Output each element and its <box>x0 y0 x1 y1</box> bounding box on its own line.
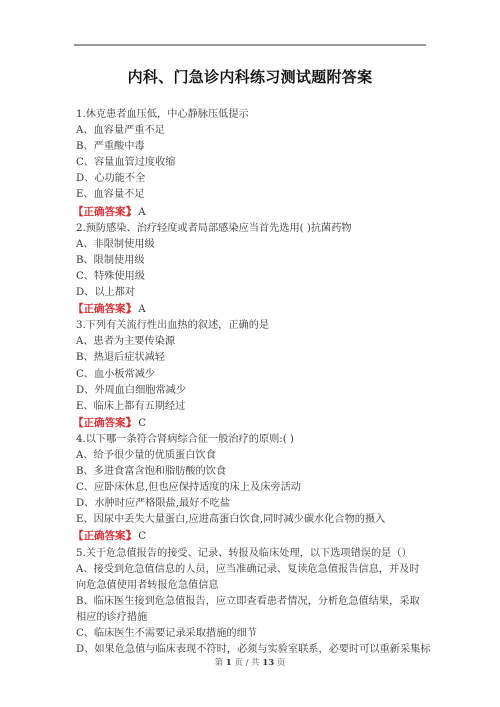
option-d: D、心功能不全 <box>76 171 428 187</box>
question-4: 4.以下哪一条符合肾病综合征一般治疗的原则:( ) A、给予很少量的优质蛋白饮食… <box>76 432 428 546</box>
option-c: C、应卧床休息,但也应保持适度的床上及床旁活动 <box>76 480 428 496</box>
question-stem: 1.休克患者血压低，中心静脉压低提示 <box>76 107 428 123</box>
option-b: B、限制使用级 <box>76 253 428 269</box>
option-a: A、患者为主要传染源 <box>76 334 428 350</box>
option-e: E、血容量不足 <box>76 187 428 203</box>
answer-label: 【正确答案】 <box>73 206 131 218</box>
option-e: E、因尿中丢失大量蛋白,应进高蛋白饮食,同时减少碳水化合物的摄入 <box>76 512 428 528</box>
page-footer: 第 1 页 / 共 13 页 <box>0 656 500 668</box>
answer-label: 【正确答案】 <box>73 417 131 429</box>
option-a: A、接受到危急值信息的人员，应当准确记录、复读危急值报告信息，并及时向危急值使用… <box>76 562 428 594</box>
option-d: D、水肿时应严格限盐,最好不吃盐 <box>76 496 428 512</box>
answer-value: C <box>138 418 146 429</box>
answer-label: 【正确答案】 <box>73 303 131 315</box>
option-c: C、容量血管过度收缩 <box>76 155 428 171</box>
question-stem: 3.下列有关流行性出血热的叙述，正确的是 <box>76 318 428 334</box>
document-title: 内科、门急诊内科练习测试题附答案 <box>0 66 500 87</box>
option-d: D、外周血白细胞常减少 <box>76 383 428 399</box>
correct-answer: 【正确答案】：C <box>76 415 428 432</box>
question-2: 2.预防感染、治疗轻度或者局部感染应当首先选用( )抗菌药物 A、非限制使用级 … <box>76 221 428 319</box>
question-1: 1.休克患者血压低，中心静脉压低提示 A、血容量严重不足 B、严重酸中毒 C、容… <box>76 107 428 221</box>
option-c: C、特殊使用级 <box>76 269 428 285</box>
answer-value: C <box>138 531 146 542</box>
option-b: B、多进食富含饱和脂肪酸的饮食 <box>76 464 428 480</box>
option-a: A、血容量严重不足 <box>76 123 428 139</box>
question-list: 1.休克患者血压低，中心静脉压低提示 A、血容量严重不足 B、严重酸中毒 C、容… <box>76 107 428 658</box>
answer-value: A <box>138 207 145 218</box>
option-e: E、临床上都有五期经过 <box>76 399 428 415</box>
option-b: B、热退后症状减轻 <box>76 350 428 366</box>
option-a: A、给予很少量的优质蛋白饮食 <box>76 448 428 464</box>
total-pages: 13 <box>262 658 274 668</box>
option-a: A、非限制使用级 <box>76 237 428 253</box>
correct-answer: 【正确答案】：A <box>76 301 428 318</box>
question-stem: 2.预防感染、治疗轻度或者局部感染应当首先选用( )抗菌药物 <box>76 221 428 237</box>
header-rule <box>74 44 426 46</box>
option-c: C、血小板常减少 <box>76 367 428 383</box>
correct-answer: 【正确答案】：A <box>76 204 428 221</box>
question-stem: 4.以下哪一条符合肾病综合征一般治疗的原则:( ) <box>76 432 428 448</box>
answer-value: A <box>138 304 145 315</box>
question-5: 5.关于危急值报告的接受、记录、转报及临床处理，以下选项错误的是（） A、接受到… <box>76 546 428 659</box>
option-b: B、临床医生接到危急值报告，应立即查看患者情况，分析危急值结果，采取相应的诊疗措… <box>76 594 428 626</box>
option-b: B、严重酸中毒 <box>76 139 428 155</box>
correct-answer: 【正确答案】：C <box>76 528 428 545</box>
question-stem: 5.关于危急值报告的接受、记录、转报及临床处理，以下选项错误的是（） <box>76 546 428 562</box>
option-d: D、以上都对 <box>76 285 428 301</box>
question-3: 3.下列有关流行性出血热的叙述，正确的是 A、患者为主要传染源 B、热退后症状减… <box>76 318 428 432</box>
option-c: C、临床医生不需要记录采取措施的细节 <box>76 626 428 642</box>
answer-label: 【正确答案】 <box>73 530 131 542</box>
current-page: 1 <box>226 658 232 668</box>
